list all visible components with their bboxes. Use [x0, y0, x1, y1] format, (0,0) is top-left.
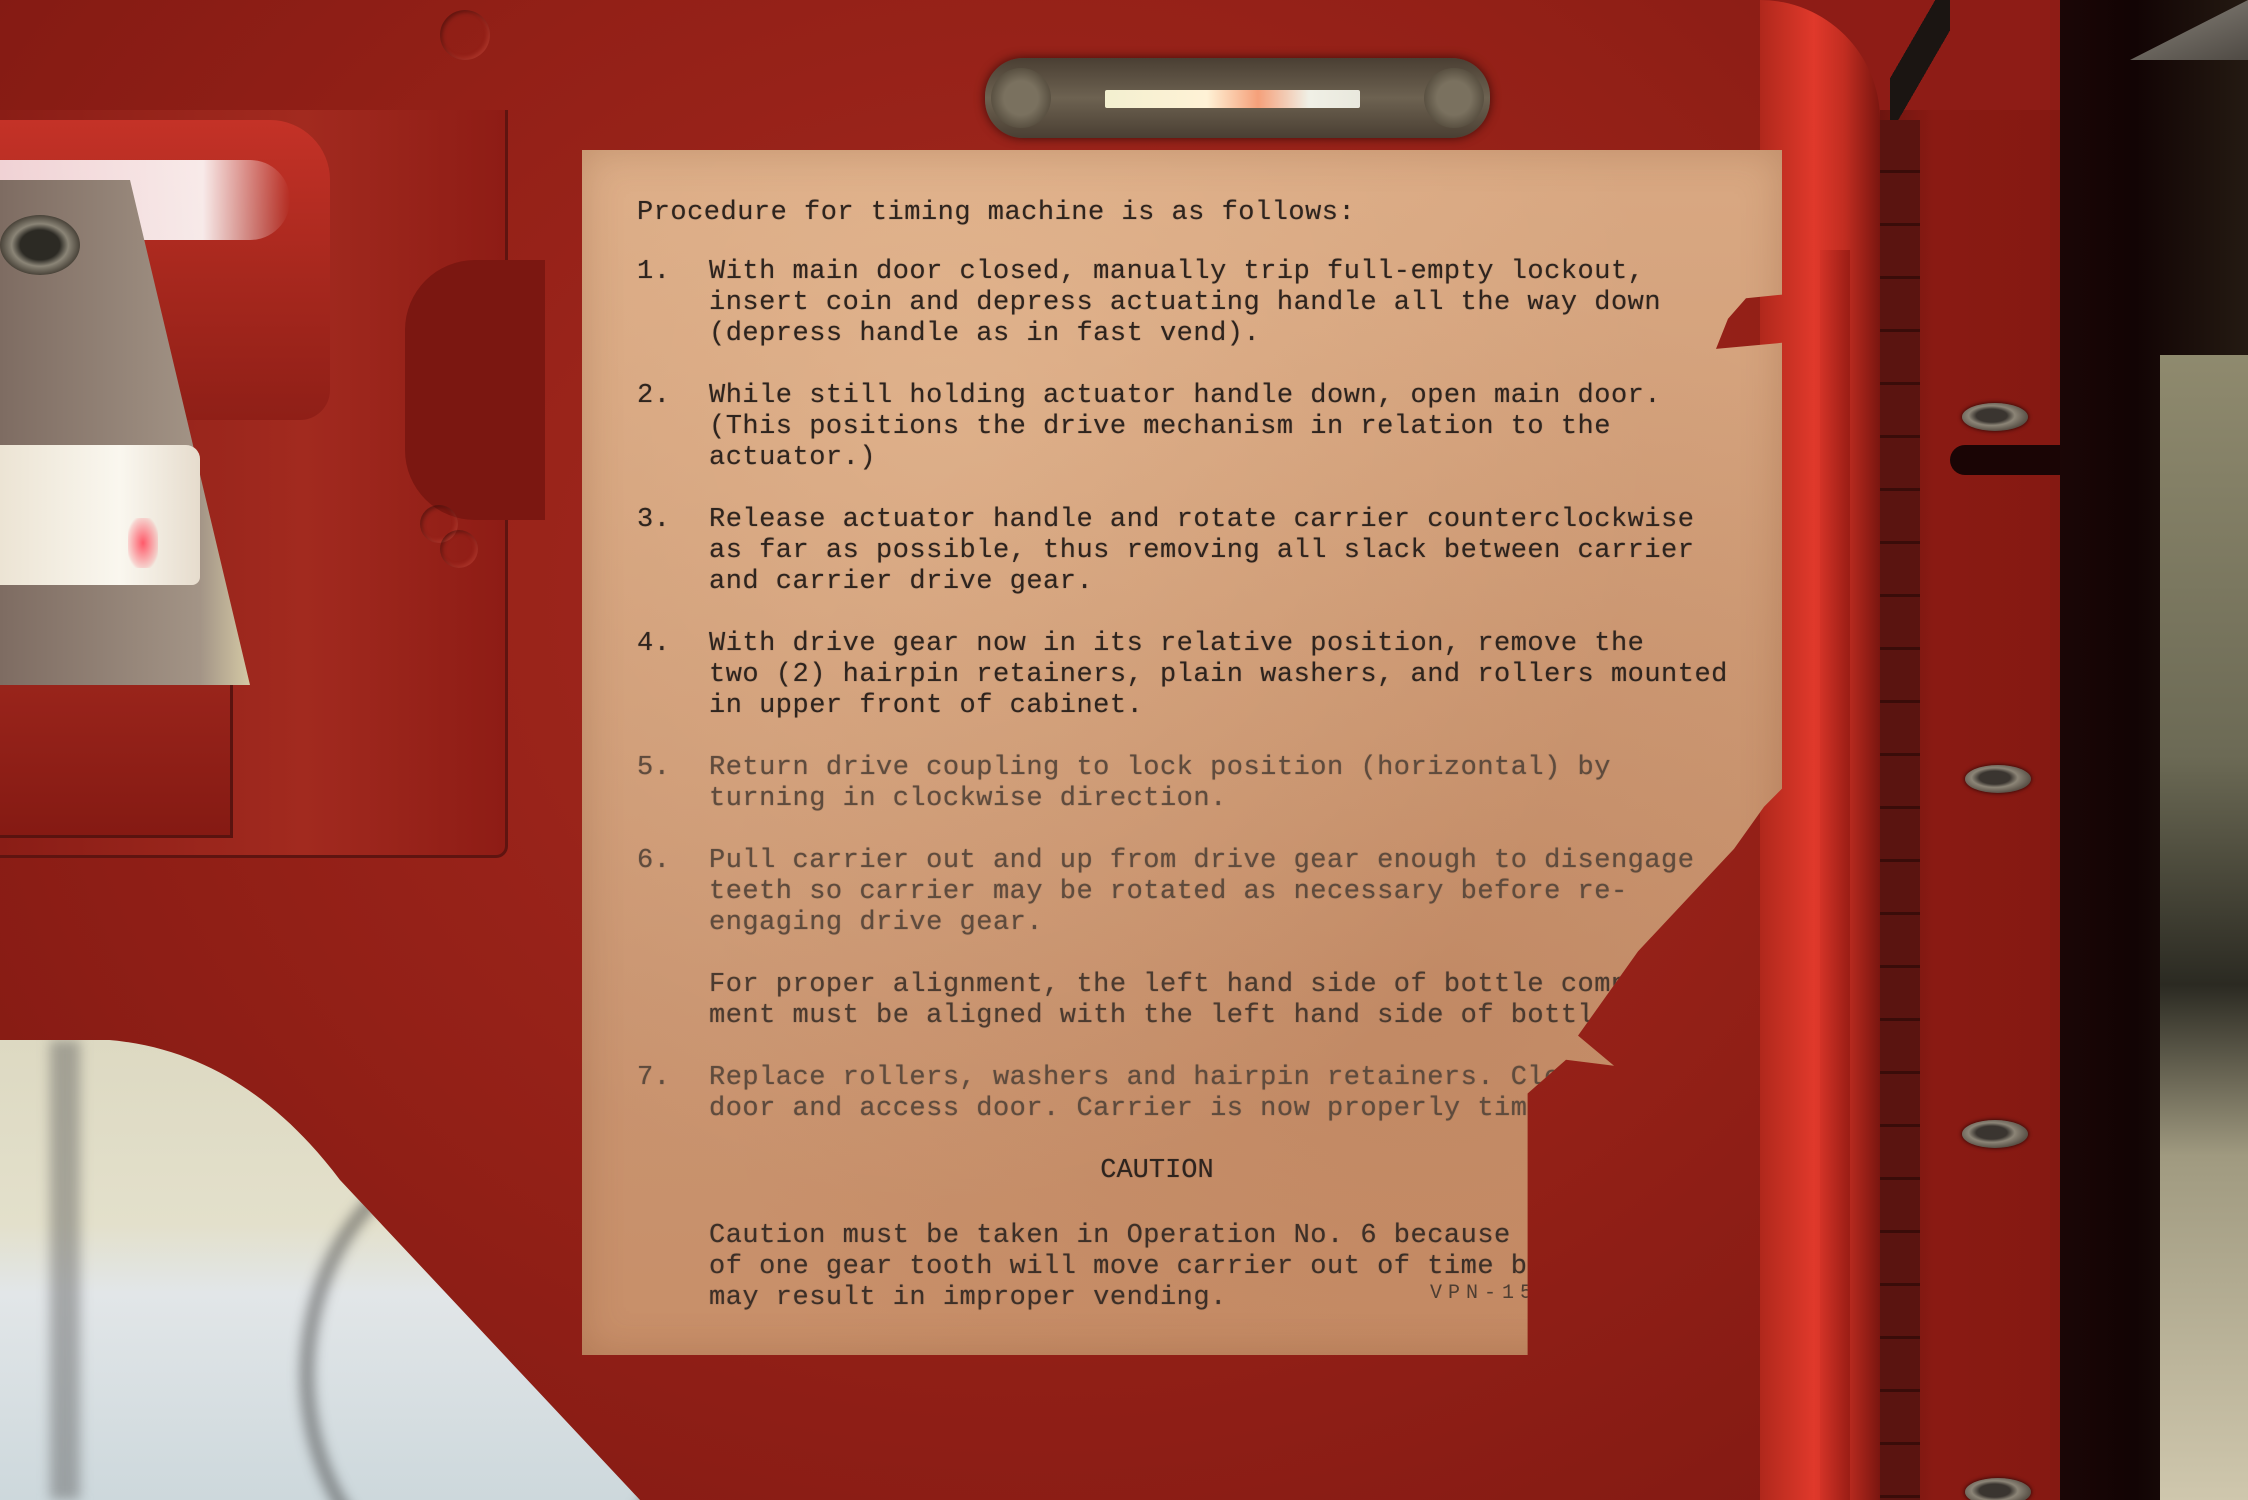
- recess-notch: [405, 260, 545, 520]
- handle-slot: [1105, 90, 1360, 108]
- door-rim-inner: [1820, 250, 1850, 1500]
- step-number: 6.: [637, 846, 709, 939]
- step-text: Return drive coupling to lock position (…: [709, 753, 1737, 815]
- screw-icon: [1965, 1478, 2031, 1500]
- step-text: With main door closed, manually trip ful…: [709, 257, 1737, 350]
- hinge-slot: [1950, 445, 2060, 475]
- card-red-mark: [128, 518, 158, 568]
- label-title: Procedure for timing machine is as follo…: [637, 198, 1737, 229]
- step-6: 6. Pull carrier out and up from drive ge…: [637, 846, 1737, 939]
- handle-ear-left: [991, 68, 1051, 128]
- dimple-icon: [440, 530, 478, 568]
- step-text: Release actuator handle and rotate carri…: [709, 505, 1737, 598]
- dimple-icon: [440, 10, 490, 60]
- screw-icon: [1962, 1120, 2028, 1148]
- step-number: 2.: [637, 381, 709, 474]
- photo-scene: Procedure for timing machine is as follo…: [0, 0, 2248, 1500]
- step-number: 1.: [637, 257, 709, 350]
- bolt-hole-icon: [0, 215, 80, 275]
- handle-ear-right: [1424, 68, 1484, 128]
- step-number: 4.: [637, 629, 709, 722]
- step-number: 7.: [637, 1063, 709, 1125]
- step-4: 4. With drive gear now in its relative p…: [637, 629, 1737, 722]
- step-2: 2. While still holding actuator handle d…: [637, 381, 1737, 474]
- screw-icon: [1965, 765, 2031, 793]
- door-gasket: [1890, 0, 1950, 120]
- recess-ledge: [0, 685, 233, 838]
- step-5: 5. Return drive coupling to lock positio…: [637, 753, 1737, 815]
- step-1: 1. With main door closed, manually trip …: [637, 257, 1737, 350]
- step-text: Pull carrier out and up from drive gear …: [709, 846, 1737, 939]
- door-handle[interactable]: [985, 58, 1490, 138]
- step-text: While still holding actuator handle down…: [709, 381, 1737, 474]
- screw-icon: [1962, 403, 2028, 431]
- interior-panel: [2160, 355, 2248, 1500]
- step-number: 3.: [637, 505, 709, 598]
- step-text: With drive gear now in its relative posi…: [709, 629, 1737, 722]
- step-number: 5.: [637, 753, 709, 815]
- step-3: 3. Release actuator handle and rotate ca…: [637, 505, 1737, 598]
- alignment-note: For proper alignment, the left hand side…: [709, 970, 1737, 1032]
- hinge-knuckles: [1880, 120, 1920, 1500]
- price-card: [0, 445, 200, 585]
